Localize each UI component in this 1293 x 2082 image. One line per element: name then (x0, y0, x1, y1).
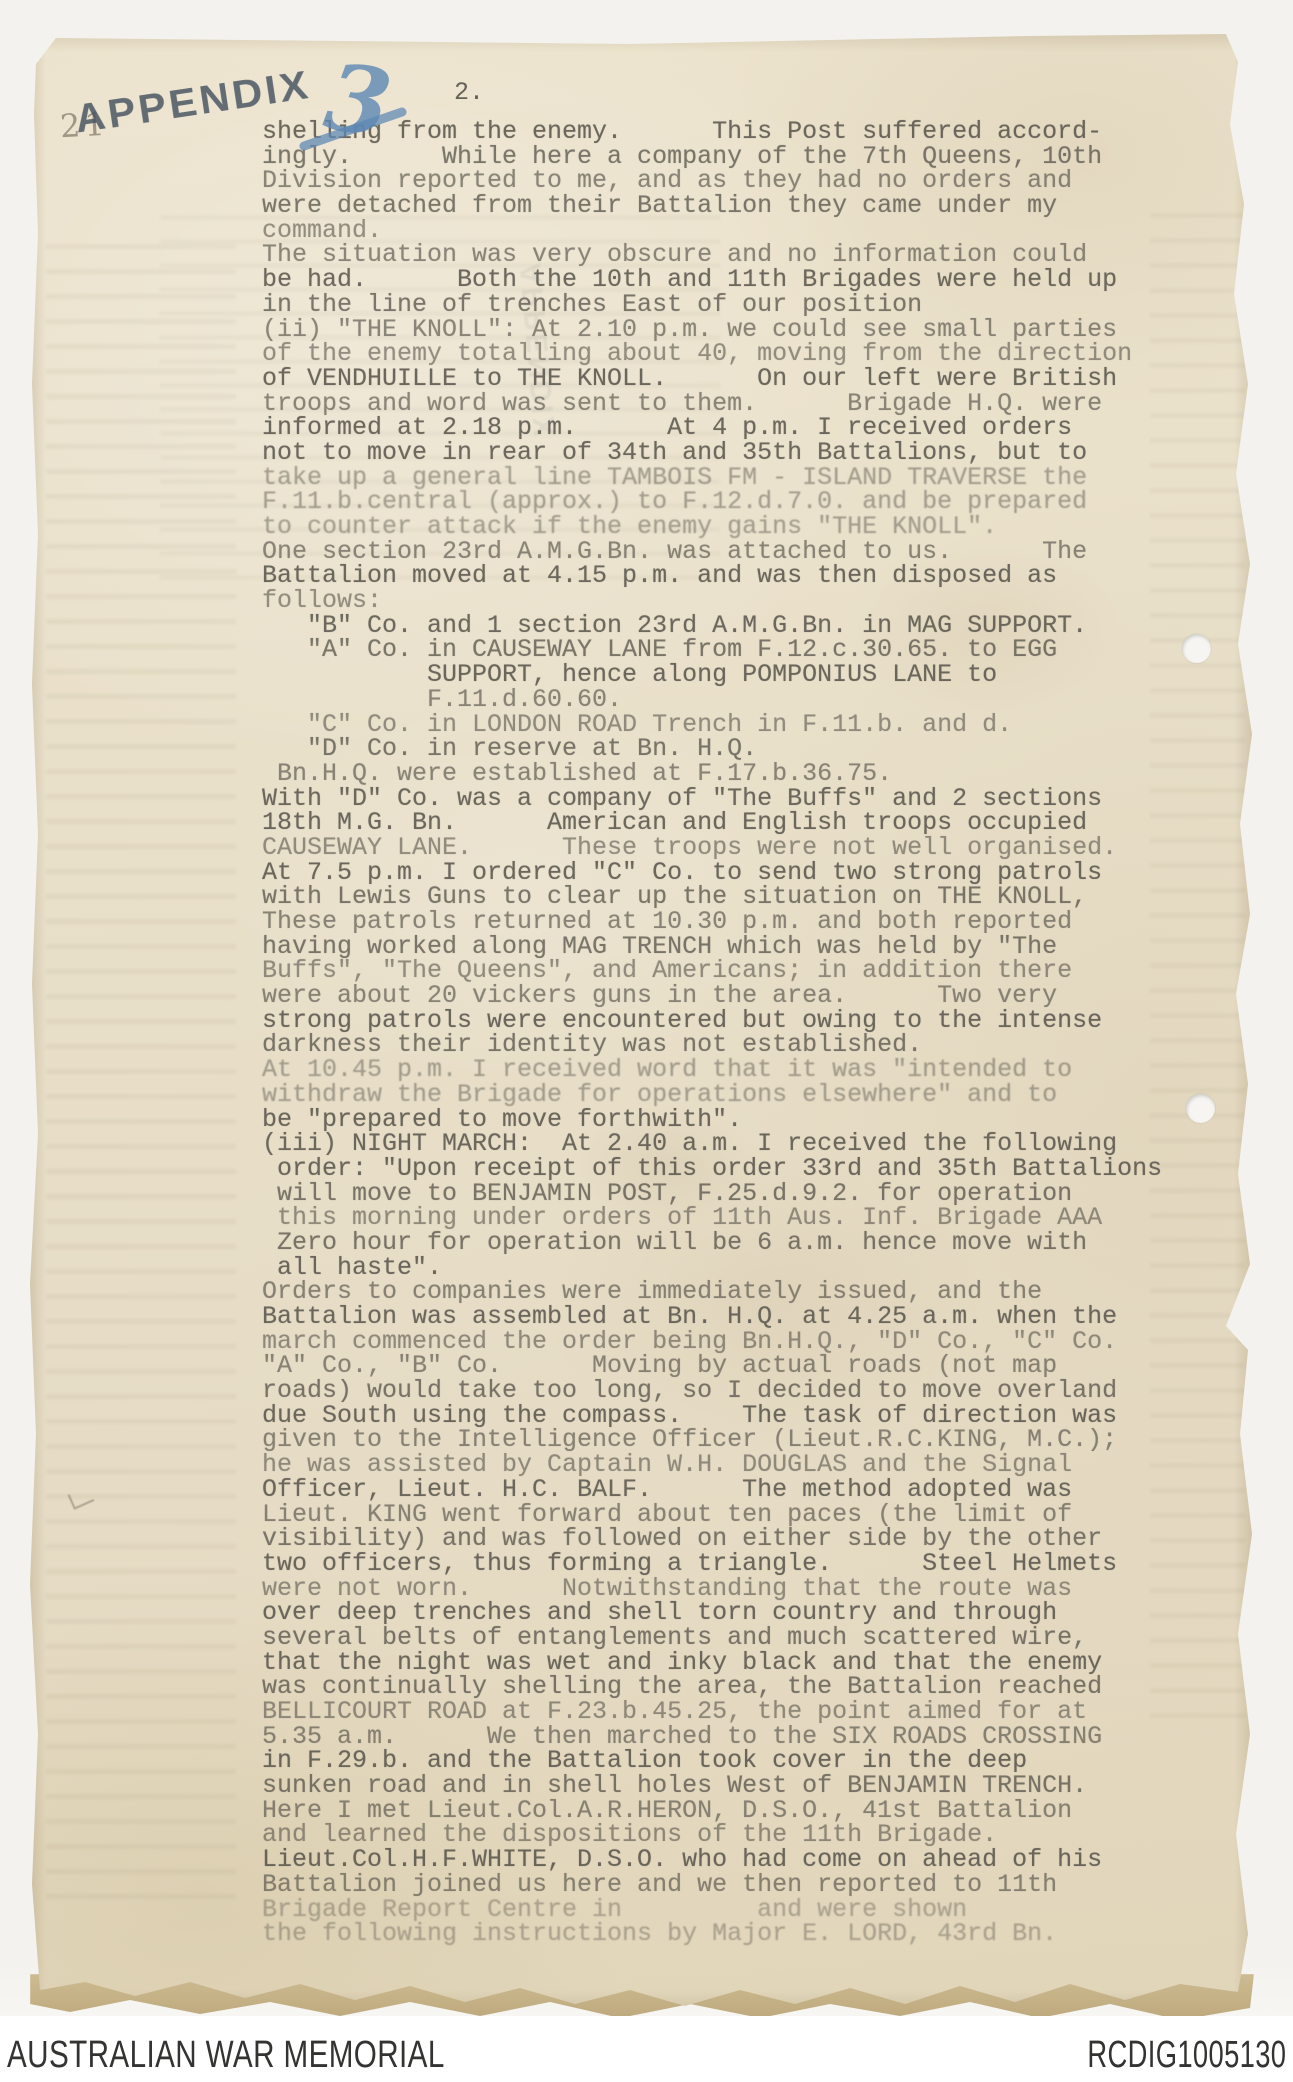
punch-hole-bottom (1186, 1094, 1215, 1123)
typed-line: withdraw the Brigade for operations else… (262, 1083, 1222, 1108)
typed-line: were detached from their Battalion they … (262, 194, 1222, 219)
punch-hole-top (1182, 634, 1211, 663)
typed-text: shelling from the enemy. This Post suffe… (262, 120, 1222, 1947)
typed-line: Officer, Lieut. H.C. BALF. The method ad… (262, 1478, 1222, 1503)
typed-line: BELLICOURT ROAD at F.23.b.45.25, the poi… (262, 1700, 1222, 1725)
archive-bar: AUSTRALIAN WAR MEMORIAL RCDIG1005130 (0, 2036, 1293, 2076)
typed-line: in the line of trenches East of our posi… (262, 293, 1222, 318)
scan-background: APPENDIX 2. 21 APPENDIX 3 shelling from … (0, 0, 1293, 2082)
typed-line: order: "Upon receipt of this order 33rd … (262, 1157, 1222, 1182)
typed-line: These patrols returned at 10.30 p.m. and… (262, 910, 1222, 935)
typed-line: Bn.H.Q. were established at F.17.b.36.75… (262, 762, 1222, 787)
typed-line: Battalion joined us here and we then rep… (262, 1873, 1222, 1898)
typed-line: Battalion was assembled at Bn. H.Q. at 4… (262, 1305, 1222, 1330)
crayon-3-annotation: 3 (296, 50, 416, 155)
typed-line: F.11.d.60.60. (262, 688, 1222, 713)
typed-line: CAUSEWAY LANE. These troops were not wel… (262, 836, 1222, 861)
archive-institution: AUSTRALIAN WAR MEMORIAL (7, 2036, 445, 2074)
typed-line: the following instructions by Major E. L… (262, 1922, 1222, 1947)
typed-line: of VENDHUILLE to THE KNOLL. On our left … (262, 367, 1222, 392)
typed-line: not to move in rear of 34th and 35th Bat… (262, 441, 1222, 466)
archive-reference-id: RCDIG1005130 (1087, 2036, 1286, 2074)
document-page: APPENDIX 2. 21 APPENDIX 3 shelling from … (30, 34, 1254, 2016)
typed-line: Battalion moved at 4.15 p.m. and was the… (262, 564, 1222, 589)
typed-line: Zero hour for operation will be 6 a.m. h… (262, 1231, 1222, 1256)
page-number: 2. (454, 78, 484, 107)
typed-line: several belts of entanglements and much … (262, 1626, 1222, 1651)
typed-line: two officers, thus forming a triangle. S… (262, 1552, 1222, 1577)
typed-line: to counter attack if the enemy gains "TH… (262, 515, 1222, 540)
